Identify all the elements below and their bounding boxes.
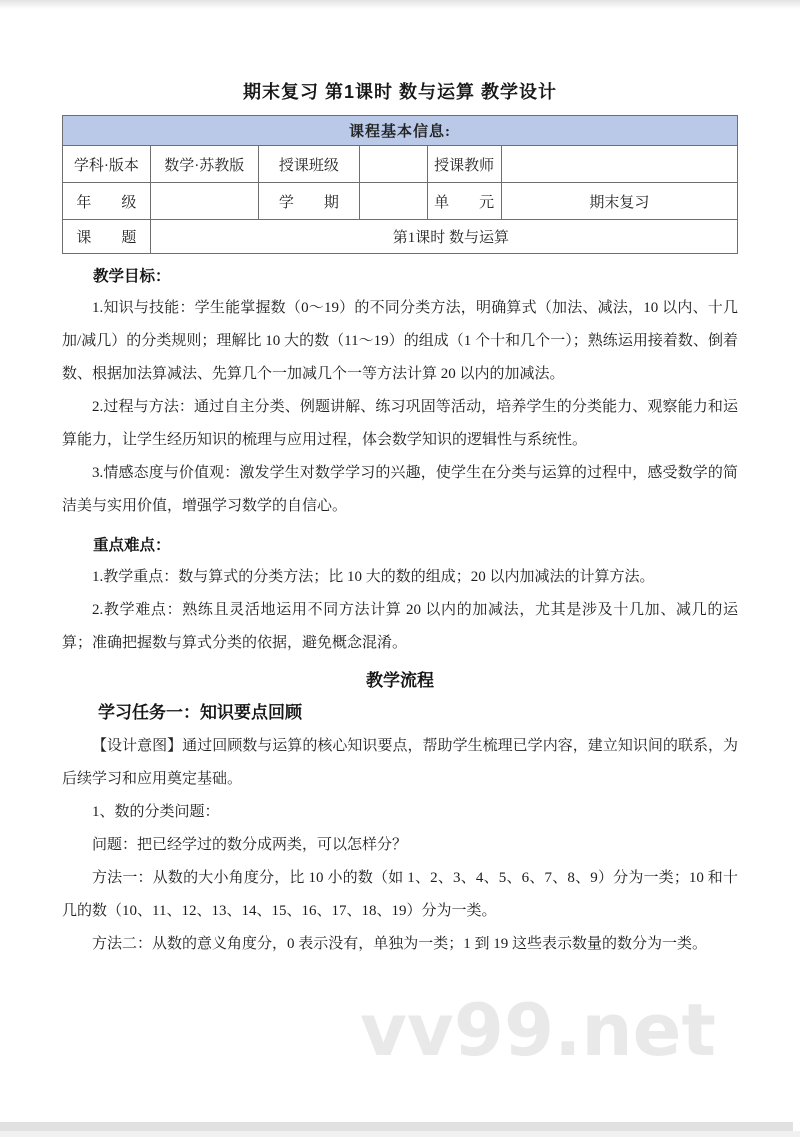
teaching-class-label: 授课班级	[258, 146, 359, 183]
classification-question: 问题：把已经学过的数分成两类，可以怎样分？	[62, 829, 738, 862]
grade-label: 年 级	[63, 183, 151, 220]
topic-label: 课 题	[63, 220, 151, 254]
site-watermark: vv99.net	[360, 988, 716, 1072]
semester-value	[360, 183, 428, 220]
table-row: 学科·版本 数学·苏教版 授课班级 授课教师	[63, 146, 738, 183]
teacher-label: 授课教师	[427, 146, 501, 183]
document-page: 期末复习 第1课时 数与运算 教学设计 课程基本信息: 学科·版本 数学·苏教版…	[0, 0, 800, 1137]
teacher-value	[501, 146, 737, 183]
document-content: 期末复习 第1课时 数与运算 教学设计 课程基本信息: 学科·版本 数学·苏教版…	[0, 80, 800, 961]
design-intent-paragraph: 【设计意图】通过回顾数与运算的核心知识要点，帮助学生梳理已学内容，建立知识间的联…	[62, 730, 738, 796]
document-title: 期末复习 第1课时 数与运算 教学设计	[62, 80, 738, 104]
key-points-heading: 重点难点：	[62, 531, 738, 561]
subject-version-value: 数学·苏教版	[150, 146, 258, 183]
teaching-class-value	[360, 146, 428, 183]
objective-process-paragraph: 2.过程与方法：通过自主分类、例题讲解、练习巩固等活动，培养学生的分类能力、观察…	[62, 391, 738, 457]
teaching-flow-heading: 教学流程	[62, 668, 738, 694]
objectives-heading: 教学目标：	[62, 262, 738, 292]
classification-method2: 方法二：从数的意义角度分，0 表示没有，单独为一类；1 到 19 这些表示数量的…	[62, 928, 738, 961]
table-row: 课 题 第1课时 数与运算	[63, 220, 738, 254]
teaching-focus-paragraph: 1.教学重点：数与算式的分类方法；比 10 大的数的组成；20 以内加减法的计算…	[62, 561, 738, 594]
unit-label: 单 元	[427, 183, 501, 220]
course-info-table: 课程基本信息: 学科·版本 数学·苏教版 授课班级 授课教师 年 级 学 期 单…	[62, 115, 738, 254]
page-bottom-margin	[0, 1131, 800, 1137]
objective-attitude-paragraph: 3.情感态度与价值观：激发学生对数学学习的兴趣，使学生在分类与运算的过程中，感受…	[62, 457, 738, 523]
grade-value	[150, 183, 258, 220]
table-header-row: 课程基本信息:	[63, 116, 738, 146]
semester-label: 学 期	[258, 183, 359, 220]
classification-method1: 方法一：从数的大小角度分，比 10 小的数（如 1、2、3、4、5、6、7、8、…	[62, 862, 738, 928]
teaching-difficulty-paragraph: 2.教学难点：熟练且灵活地运用不同方法计算 20 以内的加减法，尤其是涉及十几加…	[62, 594, 738, 660]
task1-heading: 学习任务一：知识要点回顾	[62, 700, 738, 726]
classification-item-heading: 1、数的分类问题：	[62, 796, 738, 829]
objective-knowledge-paragraph: 1.知识与技能：学生能掌握数（0～19）的不同分类方法，明确算式（加法、减法，1…	[62, 292, 738, 391]
unit-value: 期末复习	[501, 183, 737, 220]
page-top-shadow	[0, 0, 800, 9]
table-row: 年 级 学 期 单 元 期末复习	[63, 183, 738, 220]
subject-version-label: 学科·版本	[63, 146, 151, 183]
topic-value: 第1课时 数与运算	[150, 220, 737, 254]
page-bottom-edge	[0, 1122, 793, 1131]
table-title: 课程基本信息:	[63, 116, 738, 146]
